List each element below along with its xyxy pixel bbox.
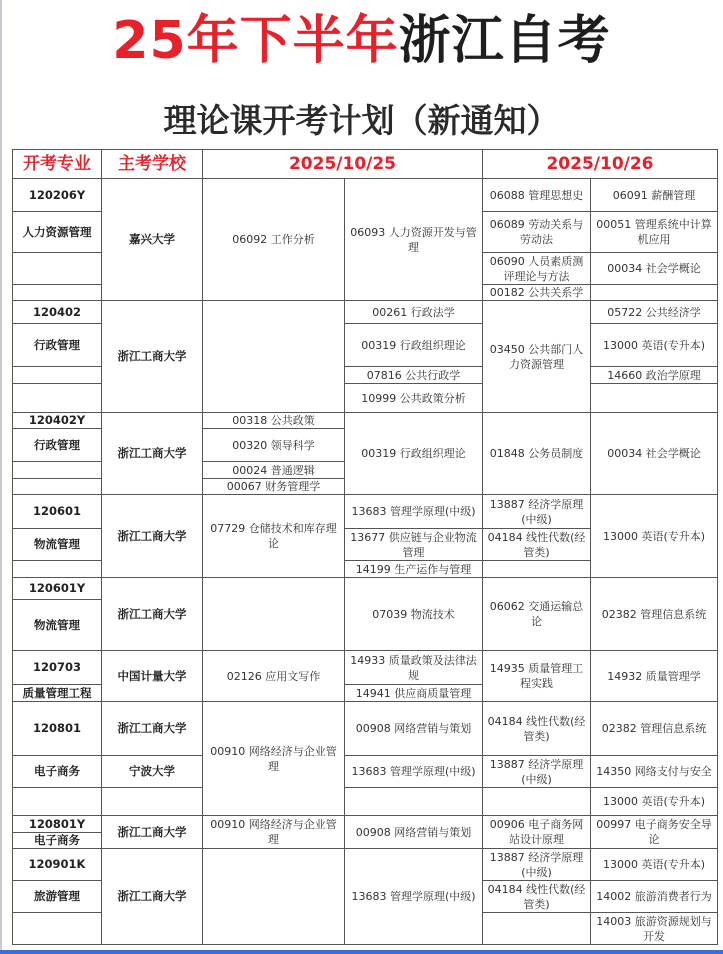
major-name: 人力资源管理 [12,211,102,253]
empty-cell [482,912,591,945]
course-cell: 00319 行政组织理论 [344,323,483,367]
course-cell: 10999 公共政策分析 [344,383,483,413]
major-name: 物流管理 [12,599,102,651]
empty-cell [590,383,718,413]
course-cell: 06093 人力资源开发与管理 [344,178,483,301]
major-name: 行政管理 [12,323,102,367]
header-major: 开考专业 [12,149,102,179]
school-name: 浙江工商大学 [101,815,203,849]
course-cell: 05722 公共经济学 [590,300,718,324]
exam-schedule-table: 开考专业主考学校2025/10/252025/10/26120206Y人力资源管… [0,0,723,954]
course-cell: 14199 生产运作与管理 [344,560,483,578]
empty-cell [12,560,102,578]
empty-cell [12,461,102,479]
course-cell: 00910 网络经济与企业管理 [202,815,345,849]
course-cell: 00024 普通逻辑 [202,461,345,479]
major-name: 电子商务 [12,832,102,849]
major-code: 120703 [12,650,102,685]
course-cell: 00319 行政组织理论 [344,412,483,495]
course-cell: 00908 网络营销与策划 [344,815,483,849]
course-cell: 14003 旅游资源规划与开发 [590,912,718,945]
course-cell: 00910 网络经济与企业管理 [202,701,345,816]
empty-cell [482,787,591,816]
course-cell: 13887 经济学原理(中级) [482,848,591,881]
empty-cell [202,577,345,651]
course-cell: 07039 物流技术 [344,577,483,651]
major-code: 120601 [12,494,102,529]
course-cell: 13000 英语(专升本) [590,323,718,367]
empty-cell [202,848,345,945]
course-cell: 02382 管理信息系统 [590,701,718,756]
course-cell: 00908 网络营销与策划 [344,701,483,756]
course-cell: 13683 管理学原理(中级) [344,494,483,529]
school-name: 浙江工商大学 [101,412,203,495]
course-cell: 00051 管理系统中计算机应用 [590,211,718,253]
course-cell: 02382 管理信息系统 [590,577,718,651]
course-cell: 14941 供应商质量管理 [344,684,483,702]
major-name: 行政管理 [12,428,102,462]
empty-cell [12,366,102,384]
course-cell: 14935 质量管理工程实践 [482,650,591,702]
course-cell: 14350 网络支付与安全 [590,755,718,788]
bottom-bar [0,950,723,954]
course-cell: 00318 公共政策 [202,412,345,429]
course-cell: 04184 线性代数(经管类) [482,701,591,756]
major-name: 旅游管理 [12,880,102,913]
course-cell: 00906 电子商务网站设计原理 [482,815,591,849]
empty-cell [101,787,203,816]
course-cell: 13887 经济学原理(中级) [482,755,591,788]
major-code: 120801Y [12,815,102,833]
empty-cell [12,383,102,413]
school-name: 浙江工商大学 [101,701,203,756]
course-cell: 14002 旅游消费者行为 [590,880,718,913]
course-cell: 00320 领导科学 [202,428,345,462]
empty-cell [12,478,102,495]
empty-cell [482,560,591,578]
course-cell: 01848 公务员制度 [482,412,591,495]
major-code: 120601Y [12,577,102,600]
school-name: 浙江工商大学 [101,577,203,651]
course-cell: 14660 政治学原理 [590,366,718,384]
empty-cell [12,284,102,301]
course-cell: 00182 公共关系学 [482,284,591,301]
course-cell: 06092 工作分析 [202,178,345,301]
course-cell: 13683 管理学原理(中级) [344,755,483,788]
course-cell: 13000 英语(专升本) [590,848,718,881]
school-name: 浙江工商大学 [101,494,203,578]
course-cell: 14933 质量政策及法律法规 [344,650,483,685]
header-date-1026: 2025/10/26 [482,149,718,179]
course-cell: 13887 经济学原理(中级) [482,494,591,529]
course-cell: 13000 英语(专升本) [590,494,718,578]
course-cell: 04184 线性代数(经管类) [482,528,591,561]
major-name: 电子商务 [12,755,102,788]
school-name: 中国计量大学 [101,650,203,702]
course-cell: 00067 财务管理学 [202,478,345,495]
course-cell: 06090 人员素质测评理论与方法 [482,252,591,285]
major-name: 物流管理 [12,528,102,561]
major-code: 120901K [12,848,102,881]
course-cell: 06088 管理思想史 [482,178,591,212]
major-name: 质量管理工程 [12,684,102,702]
school-name: 嘉兴大学 [101,178,203,301]
course-cell: 06089 劳动关系与劳动法 [482,211,591,253]
header-school: 主考学校 [101,149,203,179]
empty-cell [344,787,483,816]
course-cell: 07816 公共行政学 [344,366,483,384]
header-date-1025: 2025/10/25 [202,149,483,179]
course-cell: 07729 仓储技术和库存理论 [202,494,345,578]
course-cell: 14932 质量管理学 [590,650,718,702]
course-cell: 00034 社会学概论 [590,252,718,285]
school-name: 宁波大学 [101,755,203,788]
course-cell: 03450 公共部门人力资源管理 [482,300,591,413]
empty-cell [12,787,102,816]
course-cell: 00997 电子商务安全导论 [590,815,718,849]
school-name: 浙江工商大学 [101,300,203,413]
course-cell: 00034 社会学概论 [590,412,718,495]
course-cell: 06062 交通运输总论 [482,577,591,651]
course-cell: 06091 薪酬管理 [590,178,718,212]
course-cell: 00261 行政法学 [344,300,483,324]
course-cell: 13000 英语(专升本) [590,787,718,816]
major-code: 120801 [12,701,102,756]
school-name: 浙江工商大学 [101,848,203,945]
empty-cell [590,284,718,301]
empty-cell [12,912,102,945]
major-code: 120402 [12,300,102,324]
course-cell: 04184 线性代数(经管类) [482,880,591,913]
major-code: 120402Y [12,412,102,429]
empty-cell [202,300,345,413]
major-code: 120206Y [12,178,102,212]
course-cell: 02126 应用文写作 [202,650,345,702]
empty-cell [12,252,102,285]
course-cell: 13677 供应链与企业物流管理 [344,528,483,561]
course-cell: 13683 管理学原理(中级) [344,848,483,945]
